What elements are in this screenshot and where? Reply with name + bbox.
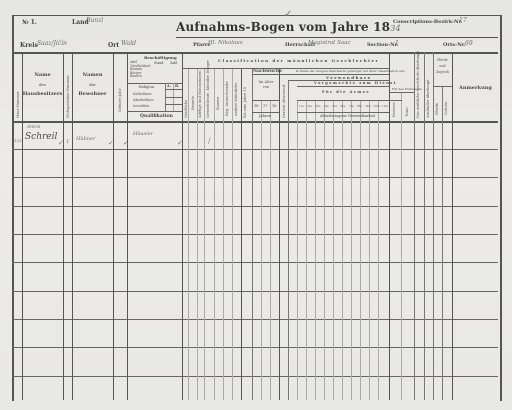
fuhr-col: Reserve	[392, 102, 396, 117]
header-line: der	[72, 82, 113, 87]
form-title: Aufnahms-Bogen vom Jahre 1834	[176, 20, 401, 34]
check-mark: ✓	[123, 139, 129, 147]
row1-hausbesitzer-title: Anton	[27, 125, 41, 130]
alter-class-col: 10te	[372, 104, 380, 108]
fuhrwesen-divider	[389, 92, 414, 93]
armee-divider	[297, 100, 402, 101]
header-line: Zugvieh	[433, 69, 452, 75]
subcol-line	[378, 100, 379, 400]
geburtsjahr-header: Geburts-Jahr	[118, 89, 122, 112]
header-line: Hausbesitzers	[22, 91, 63, 97]
bezirk-value: 17	[459, 17, 467, 24]
alter-class-col: 2te	[305, 104, 313, 108]
subcol-line	[297, 100, 298, 400]
stand-col: Stand	[154, 61, 163, 65]
row1-qualifikation: Häusler	[133, 131, 153, 137]
title-year: 34	[390, 24, 401, 33]
table-top-border	[12, 52, 498, 54]
classification-header: Classification der männlichen Geschlecht…	[218, 58, 379, 63]
col-divider	[442, 86, 443, 400]
col-divider	[72, 52, 73, 400]
row-line	[12, 234, 498, 235]
pferde-header: Pferde und Zugvieh	[433, 57, 452, 75]
header-line: Name	[22, 72, 63, 78]
row-line	[12, 149, 498, 150]
col-divider	[414, 52, 415, 400]
check-mark: ✓	[284, 9, 292, 20]
orts-value: 69	[465, 40, 473, 47]
alter-divider	[252, 100, 279, 101]
altersbezogene-divider	[297, 112, 389, 113]
header-line: Bewohner	[72, 91, 113, 97]
subcol-line	[204, 68, 205, 400]
qualifikation-header: Qualifikation	[140, 114, 173, 119]
pferde-divider	[433, 86, 452, 87]
pferde-col: Pferde	[435, 103, 439, 115]
col-divider	[63, 52, 64, 400]
ort-value: Wald	[121, 40, 136, 47]
altersbezogene-label: Altersbezogene Verwendbarkeit	[320, 114, 375, 118]
title-text: Aufnahms-Bogen vom Jahre 18	[176, 20, 390, 34]
alter-class-col: 4te	[322, 104, 330, 108]
row-line	[12, 319, 498, 320]
subcol-line	[342, 100, 343, 400]
col-divider	[182, 52, 183, 400]
orts-label: Orts-Nr.	[443, 42, 466, 48]
col-divider	[113, 52, 114, 400]
religion-subrow	[165, 89, 182, 90]
subcol-line	[232, 68, 233, 400]
subcol-line	[214, 68, 215, 400]
row1-wohnpartei: 1	[66, 139, 69, 145]
vorgemerkte-header: Vorgemerkte zum Dienst	[314, 81, 397, 85]
haus-nummer-header: Haus-Nummer	[16, 91, 20, 118]
religion-col-a: A.	[167, 84, 171, 88]
religion-item: Israeliten	[133, 103, 154, 109]
row1-hausbesitzer: Schreil	[25, 132, 57, 142]
wohnparteien-header: Wohnparteien-Nummer	[66, 75, 70, 118]
header-line: des	[22, 82, 63, 87]
alter-class-col: 8te	[356, 104, 364, 108]
class-col-header: Andere Männliche	[234, 82, 238, 116]
title-underline	[176, 37, 498, 38]
col-divider	[279, 68, 280, 400]
col-divider	[252, 68, 253, 400]
table-header-bottom-border	[12, 121, 498, 123]
religion-subrow	[165, 104, 182, 105]
alter-col: 18	[254, 104, 258, 108]
alter-class-col: 1te	[297, 104, 305, 108]
section-label: Section-Nr.	[367, 42, 399, 48]
col-divider	[241, 68, 242, 400]
bezirk-label: Conscriptions-Bezirk-Nr.	[393, 19, 463, 25]
alter-class-col: 6te	[339, 104, 347, 108]
subcol-line	[270, 100, 271, 400]
land-value: Bunzl	[86, 17, 103, 24]
religion-header: Religion	[139, 85, 154, 89]
religion-list: Katholiken Akatholiken Israeliten	[133, 91, 154, 109]
jahren-label: Jahren	[259, 114, 271, 118]
section-value: 1	[395, 40, 399, 47]
alter-class-col: 5te	[330, 104, 338, 108]
row1-bewohner: Hübner	[76, 136, 95, 142]
subcol-line	[324, 100, 325, 400]
kreis-value: Saaz/Jičín	[37, 40, 67, 47]
header-line: Namen	[72, 72, 113, 78]
row1-haus-nummer: 133	[14, 138, 22, 143]
col-divider	[433, 52, 434, 400]
class-col-header: Bauern	[216, 97, 220, 110]
abwesend-header: Derzeit Abwesend	[282, 85, 286, 118]
row-line	[12, 262, 498, 263]
religion-col-b: B.	[175, 84, 179, 88]
von-alter-header: Im Alter von	[253, 80, 279, 90]
alter-class-col: 11te	[381, 104, 389, 108]
check-mark: ✓	[58, 139, 64, 147]
fuhr-col: Train	[405, 107, 409, 117]
alter-class-row: 1te 2te 3te 4te 5te 6te 7te 8te 9te 10te…	[297, 104, 389, 108]
row-line	[12, 376, 498, 377]
row-line	[12, 291, 498, 292]
jahren-divider	[252, 112, 279, 113]
verwendbare-header: Verwendbare	[326, 75, 372, 80]
form-number: № 1.	[22, 19, 37, 26]
anmerkung-header: Anmerkung	[459, 85, 492, 91]
nachwuchs-header: Nachwuchs	[253, 69, 282, 74]
row-line	[12, 347, 498, 348]
alter-class-col: 7te	[347, 104, 355, 108]
kreis-label: Kreis	[20, 42, 38, 49]
slash-mark: /	[208, 137, 210, 145]
beschaeftigung-header: Beschäftigung	[144, 55, 177, 60]
alter-class-col: 9te	[364, 104, 372, 108]
col-divider	[288, 80, 289, 400]
religion-subrow	[165, 97, 182, 98]
check-mark: ✓	[108, 139, 114, 147]
subcol-line	[351, 100, 352, 400]
class-col-header: Reg. Anwachsende	[225, 81, 229, 116]
fuer-armee-header: Für die Armee	[322, 90, 370, 94]
census-form-page: № 1. Land Bunzl Aufnahms-Bogen vom Jahre…	[0, 0, 512, 410]
subcol-line	[223, 68, 224, 400]
col-divider	[127, 52, 128, 400]
subcol-line	[333, 100, 334, 400]
subcol-line	[261, 100, 262, 400]
check-mark: ✓	[177, 139, 183, 147]
col-divider	[389, 52, 390, 400]
bis-jahr-header: Bis zum Jahre 18	[243, 87, 247, 118]
beschaeftigung-item: Bauern	[130, 75, 150, 79]
ort-label: Ort	[108, 42, 119, 49]
col-divider	[452, 52, 453, 400]
pferde-col: Ochsen	[444, 101, 448, 115]
weibliche-header: Das weibliche Geschlecht überhaupt	[416, 51, 420, 118]
header-line: von	[253, 85, 279, 90]
alter-col: 16	[272, 104, 276, 108]
beschaeftigung-list: Adel Geistlichkeit Beamte Bürger Bauern	[130, 61, 150, 79]
class-col-header: Adelige und Honoratioren	[198, 70, 202, 118]
row-line	[12, 206, 498, 207]
alter-class-col: 3te	[314, 104, 322, 108]
hausbesitzer-header: Name des Hausbesitzers	[22, 72, 63, 97]
alter-col: 17	[263, 104, 267, 108]
subcol-line	[360, 100, 361, 400]
subcol-line	[401, 92, 402, 400]
zahl-col: Zahl	[170, 61, 177, 65]
class-col-header: Gewerbsleute, Künstler, Bürger	[206, 60, 210, 118]
row-line	[12, 177, 498, 178]
religion-divider	[127, 111, 182, 112]
subcol-line	[306, 100, 307, 400]
pfarre-value: Hl. Nikolaus	[208, 40, 243, 46]
herrschaft-value: Magistrat Saaz	[308, 40, 350, 46]
vorgemerkte-divider	[297, 86, 389, 87]
in-reihe-header: In Reihe der übrigen Wehrmacht gehöriger…	[296, 69, 405, 73]
bewohner-header: Namen der Bewohner	[72, 72, 113, 97]
auslaender-header: Ausländer überhaupt	[426, 79, 430, 118]
subcol-line	[369, 100, 370, 400]
class-col-header: Beamte	[191, 96, 195, 110]
class-col-header: Geistliche	[184, 100, 188, 118]
col-divider	[22, 52, 23, 400]
subcol-line	[188, 68, 189, 400]
subcol-line	[315, 100, 316, 400]
col-divider	[424, 52, 425, 400]
